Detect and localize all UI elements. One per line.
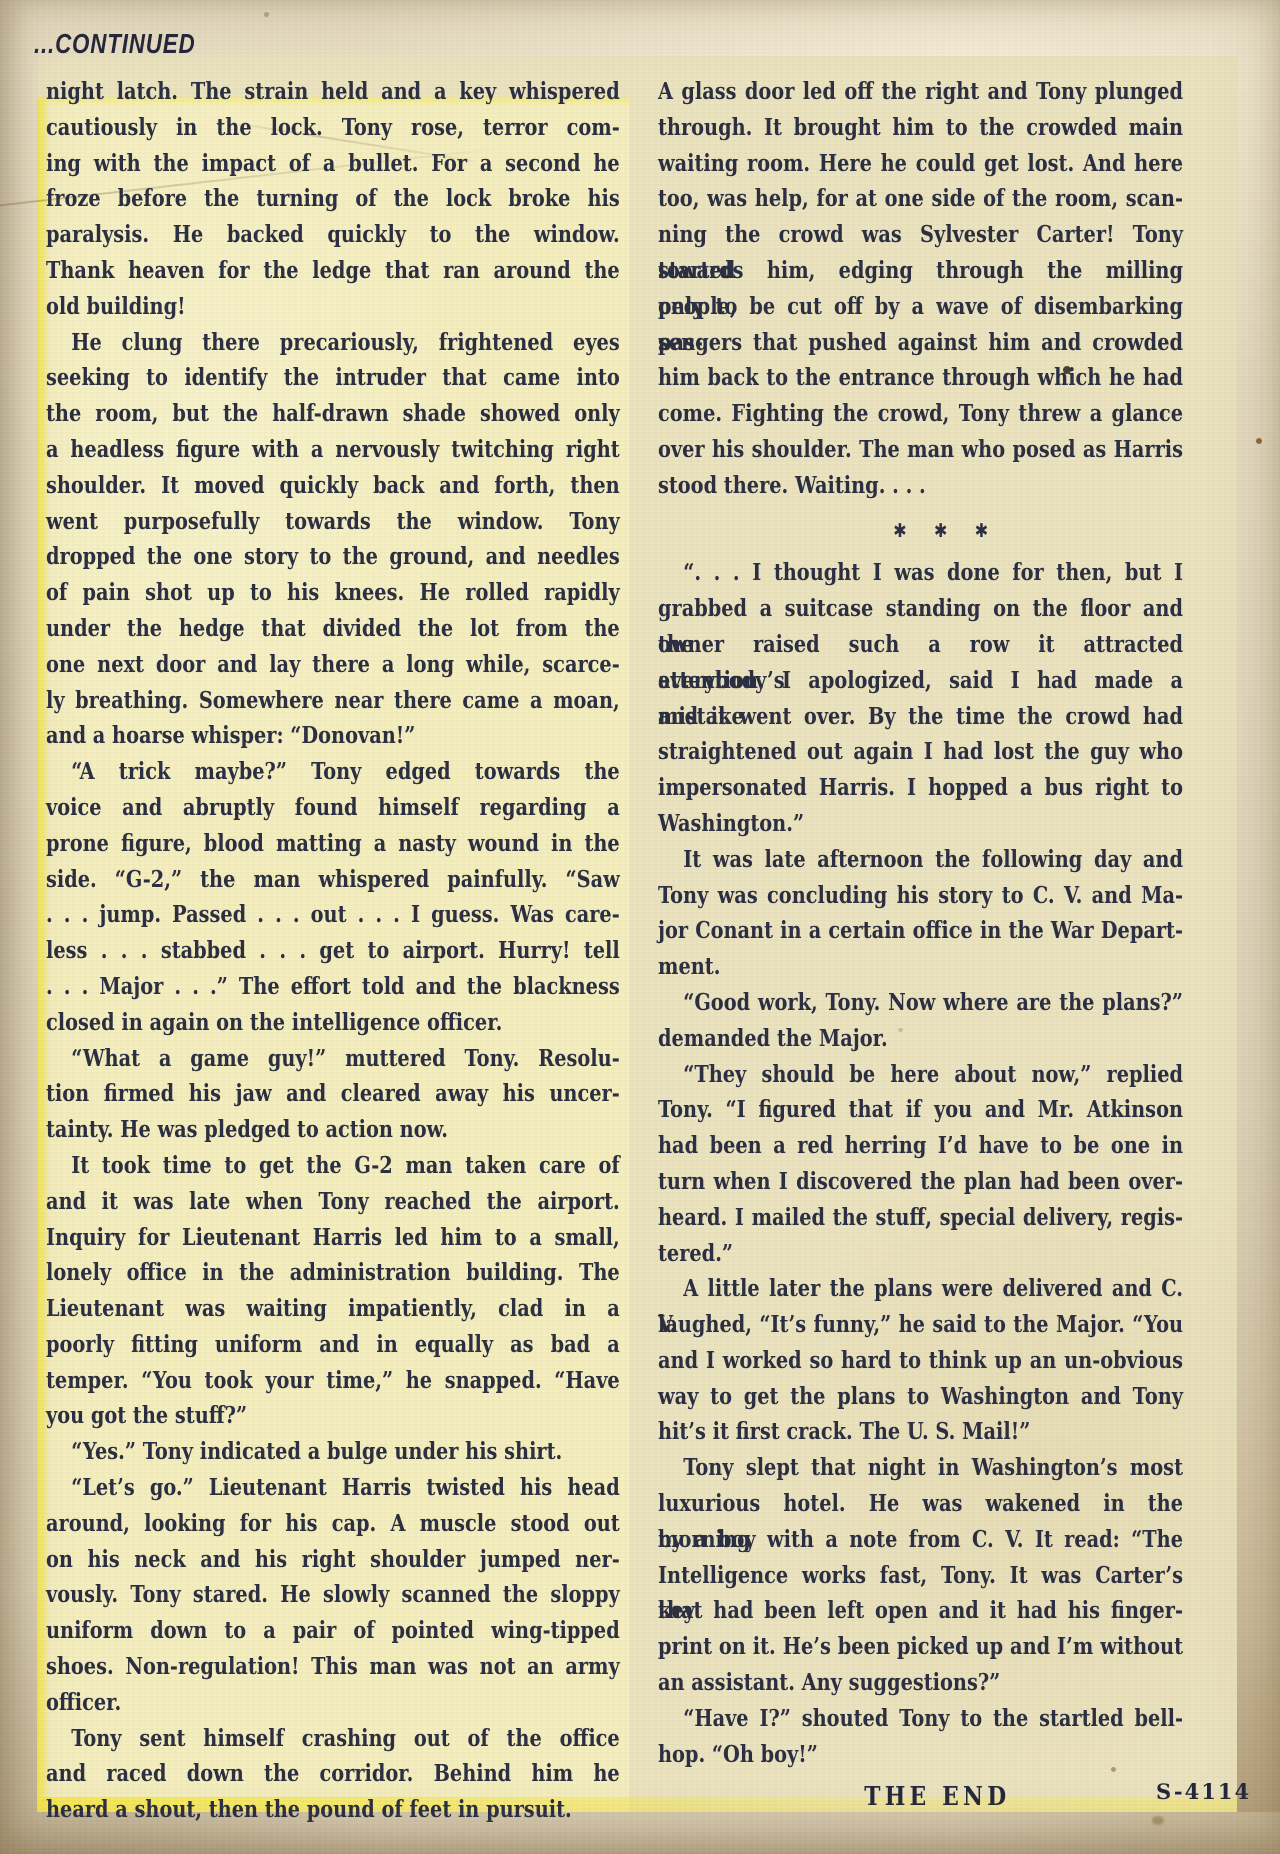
story-text-line: lonely office in the administration buil…: [46, 1255, 620, 1291]
story-text-line: Tony sent himself crashing out of the of…: [46, 1721, 620, 1757]
story-text-line: Inquiry for Lieutenant Harris led him to…: [46, 1220, 620, 1256]
story-text-line: voice and abruptly found himself regardi…: [46, 790, 620, 826]
story-text-line: a headless figure with a nervously twitc…: [46, 432, 620, 468]
story-text-line: paralysis. He backed quickly to the wind…: [46, 217, 620, 253]
story-text-line: uniform down to a pair of pointed wing-t…: [46, 1613, 620, 1649]
story-text-line: print on it. He’s been picked up and I’m…: [658, 1629, 1183, 1665]
story-text-line: and it went over. By the time the crowd …: [658, 699, 1183, 735]
story-text-line: Tony slept that night in Washington’s mo…: [658, 1450, 1183, 1486]
story-text-line: vously. Tony stared. He slowly scanned t…: [46, 1577, 620, 1613]
story-text-line: around, looking for his cap. A muscle st…: [46, 1506, 620, 1542]
story-text-line: poorly fitting uniform and in equally as…: [46, 1327, 620, 1363]
story-text-line: only to be cut off by a wave of disembar…: [658, 289, 1183, 325]
story-text-line: and a hoarse whisper: “Donovan!”: [46, 718, 620, 754]
story-column-right: A glass door led off the right and Tony …: [658, 74, 1183, 1816]
story-text-line: owner raised such a row it attracted eve…: [658, 627, 1183, 663]
story-text-line: closed in again on the intelligence offi…: [46, 1005, 620, 1041]
story-text-line: hop. “Oh boy!”: [658, 1737, 1183, 1773]
story-text-line: attention. I apologized, said I had made…: [658, 663, 1183, 699]
story-text-line: Tony was concluding his story to C. V. a…: [658, 878, 1183, 914]
story-text-line: an assistant. Any suggestions?”: [658, 1665, 1183, 1701]
story-text-line: and raced down the corridor. Behind him …: [46, 1756, 620, 1792]
story-text-line: “Let’s go.” Lieutenant Harris twisted hi…: [46, 1470, 620, 1506]
story-text-line: Washington.”: [658, 806, 1183, 842]
story-text-line: and I worked so hard to think up an un-o…: [658, 1343, 1183, 1379]
story-text-line: that had been left open and it had his f…: [658, 1593, 1183, 1629]
section-separator-stars: ✱ ✱ ✱: [658, 514, 1183, 550]
story-text-line: ning the crowd was Sylvester Carter! Ton…: [658, 217, 1183, 253]
story-text-line: night latch. The strain held and a key w…: [46, 74, 620, 110]
story-text-line: dropped the one story to the ground, and…: [46, 539, 620, 575]
story-text-line: ing with the impact of a bullet. For a s…: [46, 146, 620, 182]
story-text-line: heard a shout, then the pound of feet in…: [46, 1792, 620, 1828]
story-text-line: tered.”: [658, 1236, 1183, 1272]
story-text-line: had been a red herring I’d have to be on…: [658, 1128, 1183, 1164]
story-text-line: tion firmed his jaw and cleared away his…: [46, 1076, 620, 1112]
story-text-line: on his neck and his right shoulder jumpe…: [46, 1542, 620, 1578]
story-text-line: He clung there precariously, frightened …: [46, 325, 620, 361]
story-text-line: “A trick maybe?” Tony edged towards the: [46, 754, 620, 790]
story-text-line: luxurious hotel. He was wakened in the m…: [658, 1486, 1183, 1522]
paper-speck: [264, 12, 269, 17]
story-text-line: Intelligence works fast, Tony. It was Ca…: [658, 1558, 1183, 1594]
story-text-line: . . . jump. Passed . . . out . . . I gue…: [46, 897, 620, 933]
story-text-line: shoes. Non-regulation! This man was not …: [46, 1649, 620, 1685]
story-text-line: one next door and lay there a long while…: [46, 647, 620, 683]
story-text-line: over his shoulder. The man who posed as …: [658, 432, 1183, 468]
paper-speck: [1152, 1816, 1164, 1825]
story-text-line: tainty. He was pledged to action now.: [46, 1112, 620, 1148]
story-text-line: “Good work, Tony. Now where are the plan…: [658, 985, 1183, 1021]
story-text-line: less . . . stabbed . . . get to airport.…: [46, 933, 620, 969]
story-text-line: shoulder. It moved quickly back and fort…: [46, 468, 620, 504]
story-text-line: you got the stuff?”: [46, 1398, 620, 1434]
story-text-line: froze before the turning of the lock bro…: [46, 181, 620, 217]
story-text-line: come. Fighting the crowd, Tony threw a g…: [658, 396, 1183, 432]
continued-header: ...CONTINUED: [34, 28, 195, 60]
story-text-line: officer.: [46, 1685, 620, 1721]
story-text-line: seeking to identify the intruder that ca…: [46, 360, 620, 396]
print-code: S-4114: [1156, 1779, 1251, 1804]
story-text-line: temper. “You took your time,” he snapped…: [46, 1363, 620, 1399]
story-text-line: demanded the Major.: [658, 1021, 1183, 1057]
story-text-line: stood there. Waiting. . . .: [658, 468, 1183, 504]
story-text-line: “. . . I thought I was done for then, bu…: [658, 555, 1183, 591]
story-text-line: impersonated Harris. I hopped a bus righ…: [658, 770, 1183, 806]
story-text-line: hit’s it first crack. The U. S. Mail!”: [658, 1414, 1183, 1450]
story-text-line: under the hedge that divided the lot fro…: [46, 611, 620, 647]
story-text-line: A little later the plans were delivered …: [658, 1271, 1183, 1307]
story-text-line: prone figure, blood matting a nasty woun…: [46, 826, 620, 862]
story-text-line: sengers that pushed against him and crow…: [658, 325, 1183, 361]
the-end-label: THE END: [658, 1780, 1183, 1816]
story-column-left: night latch. The strain held and a key w…: [46, 74, 620, 1828]
story-text-line: towards him, edging through the milling …: [658, 253, 1183, 289]
paper-speck: [1256, 438, 1262, 444]
story-text-line: grabbed a suitcase standing on the floor…: [658, 591, 1183, 627]
story-text-line: through. It brought him to the crowded m…: [658, 110, 1183, 146]
story-text-line: . . . Major . . .” The effort told and t…: [46, 969, 620, 1005]
comic-text-page: ...CONTINUED night latch. The strain hel…: [0, 0, 1280, 1854]
story-text-line: old building!: [46, 289, 620, 325]
story-text-line: “Have I?” shouted Tony to the startled b…: [658, 1701, 1183, 1737]
story-text-line: turn when I discovered the plan had been…: [658, 1164, 1183, 1200]
story-text-line: heard. I mailed the stuff, special deliv…: [658, 1200, 1183, 1236]
story-text-line: It was late afternoon the following day …: [658, 842, 1183, 878]
story-text-line: cautiously in the lock. Tony rose, terro…: [46, 110, 620, 146]
story-text-line: ly breathing. Somewhere near there came …: [46, 683, 620, 719]
story-text-line: ment.: [658, 949, 1183, 985]
story-text-line: went purposefully towards the window. To…: [46, 504, 620, 540]
story-text-line: It took time to get the G-2 man taken ca…: [46, 1148, 620, 1184]
story-text-line: A glass door led off the right and Tony …: [658, 74, 1183, 110]
story-text-line: “Yes.” Tony indicated a bulge under his …: [46, 1434, 620, 1470]
story-text-line: Thank heaven for the ledge that ran arou…: [46, 253, 620, 289]
paper-stain: [1237, 1100, 1280, 1812]
story-text-line: “What a game guy!” muttered Tony. Resolu…: [46, 1041, 620, 1077]
story-text-line: and it was late when Tony reached the ai…: [46, 1184, 620, 1220]
story-text-line: laughed, “It’s funny,” he said to the Ma…: [658, 1307, 1183, 1343]
story-text-line: the room, but the half-drawn shade showe…: [46, 396, 620, 432]
story-text-line: side. “G-2,” the man whispered painfully…: [46, 862, 620, 898]
story-text-line: too, was help, for at one side of the ro…: [658, 181, 1183, 217]
story-text-line: of pain shot up to his knees. He rolled …: [46, 575, 620, 611]
story-text-line: straightened out again I had lost the gu…: [658, 734, 1183, 770]
story-text-line: Tony. “I figured that if you and Mr. Atk…: [658, 1092, 1183, 1128]
story-text-line: by a boy with a note from C. V. It read:…: [658, 1522, 1183, 1558]
story-text-line: waiting room. Here he could get lost. An…: [658, 146, 1183, 182]
story-text-line: “They should be here about now,” replied: [658, 1057, 1183, 1093]
story-text-line: jor Conant in a certain office in the Wa…: [658, 913, 1183, 949]
story-text-line: him back to the entrance through which h…: [658, 360, 1183, 396]
story-text-line: Lieutenant was waiting impatiently, clad…: [46, 1291, 620, 1327]
story-text-line: way to get the plans to Washington and T…: [658, 1379, 1183, 1415]
